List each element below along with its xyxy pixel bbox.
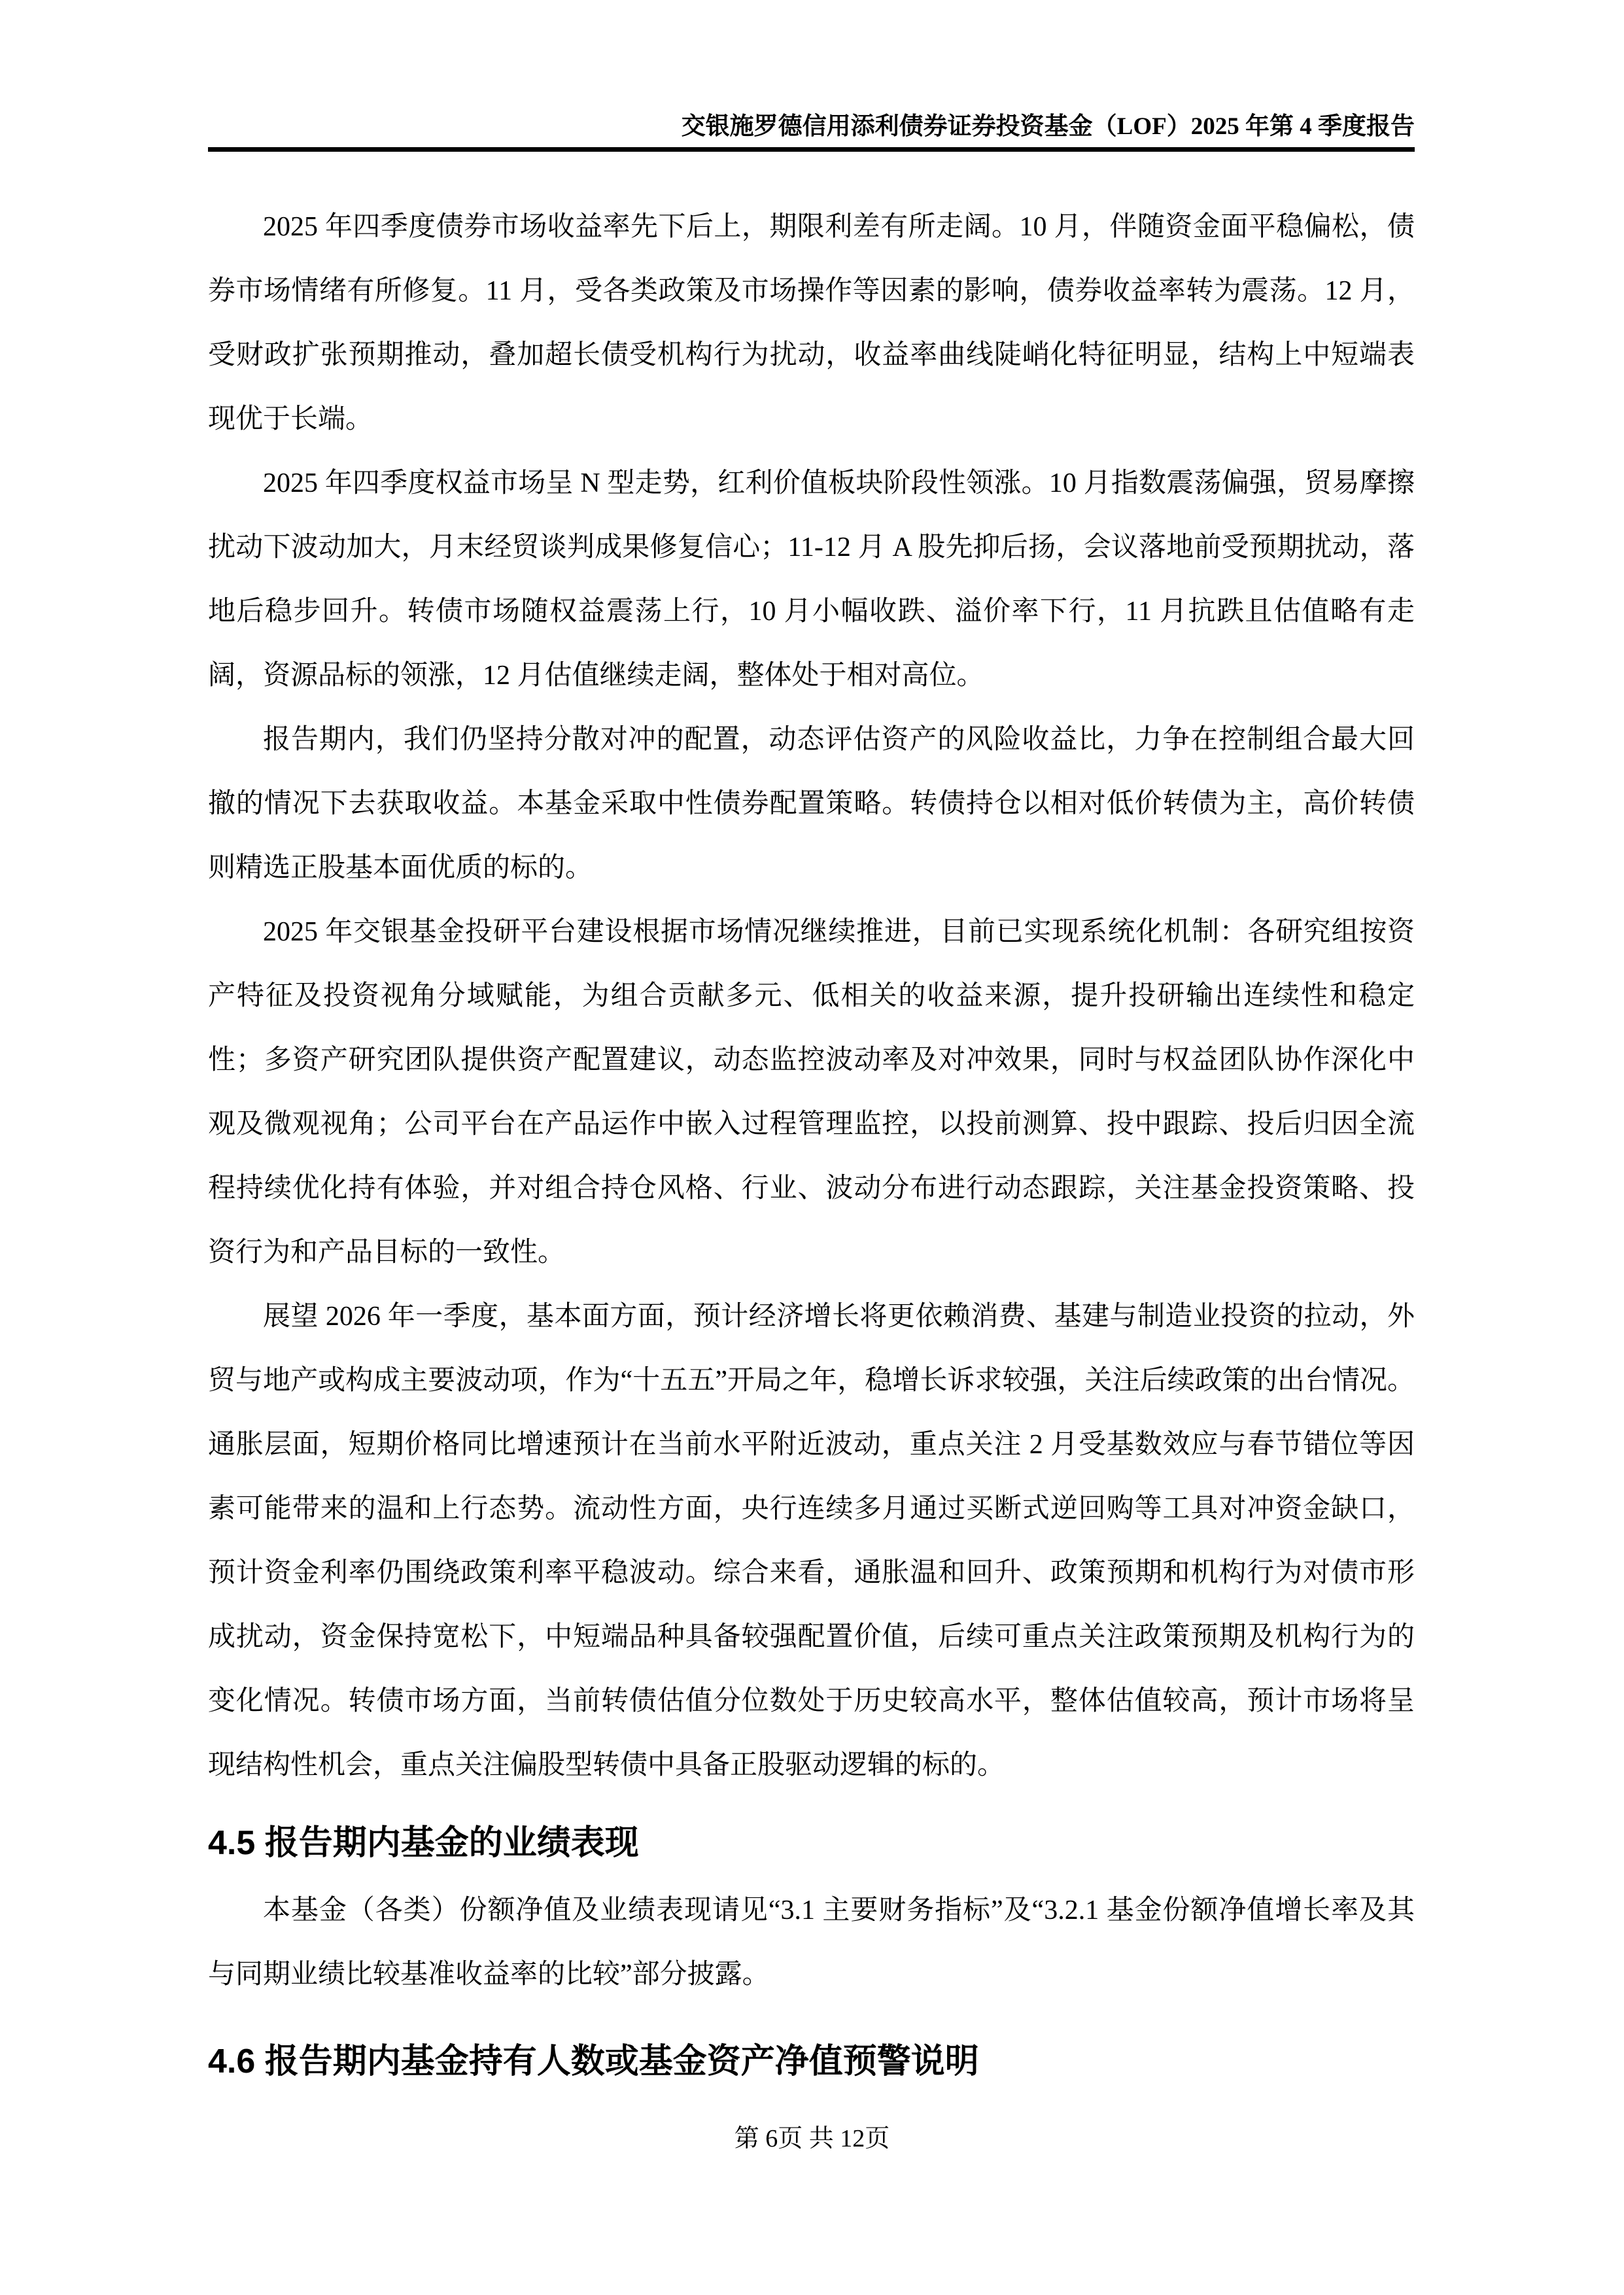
section-heading-4-5: 4.5 报告期内基金的业绩表现 [208,1822,1415,1864]
document-page: 交银施罗德信用添利债券证券投资基金（LOF）2025 年第 4 季度报告 202… [0,0,1624,2295]
document-content: 2025 年四季度债券市场收益率先下后上，期限利差有所走阔。10 月，伴随资金面… [208,195,1415,2082]
body-paragraph-bond-market-review: 2025 年四季度债券市场收益率先下后上，期限利差有所走阔。10 月，伴随资金面… [208,195,1415,451]
page-footer: 第 6页 共 12页 [0,2124,1624,2154]
report-title: 交银施罗德信用添利债券证券投资基金（LOF）2025 年第 4 季度报告 [682,113,1415,140]
body-paragraph-portfolio-strategy: 报告期内，我们仍坚持分散对冲的配置，动态评估资产的风险收益比，力争在控制组合最大… [208,708,1415,900]
body-paragraph-equity-market-review: 2025 年四季度权益市场呈 N 型走势，红利价值板块阶段性领涨。10 月指数震… [208,451,1415,708]
page-number: 第 6页 共 12页 [734,2125,890,2152]
section-heading-4-6: 4.6 报告期内基金持有人数或基金资产净值预警说明 [208,2041,1415,2082]
body-paragraph-outlook: 展望 2026 年一季度，基本面方面，预计经济增长将更依赖消费、基建与制造业投资… [208,1285,1415,1797]
body-paragraph-research-platform: 2025 年交银基金投研平台建设根据市场情况继续推进，目前已实现系统化机制：各研… [208,900,1415,1285]
body-paragraph-performance-reference: 本基金（各类）份额净值及业绩表现请见“3.1 主要财务指标”及“3.2.1 基金… [208,1878,1415,2007]
header-rule [208,147,1415,152]
page-header: 交银施罗德信用添利债券证券投资基金（LOF）2025 年第 4 季度报告 [208,110,1415,144]
